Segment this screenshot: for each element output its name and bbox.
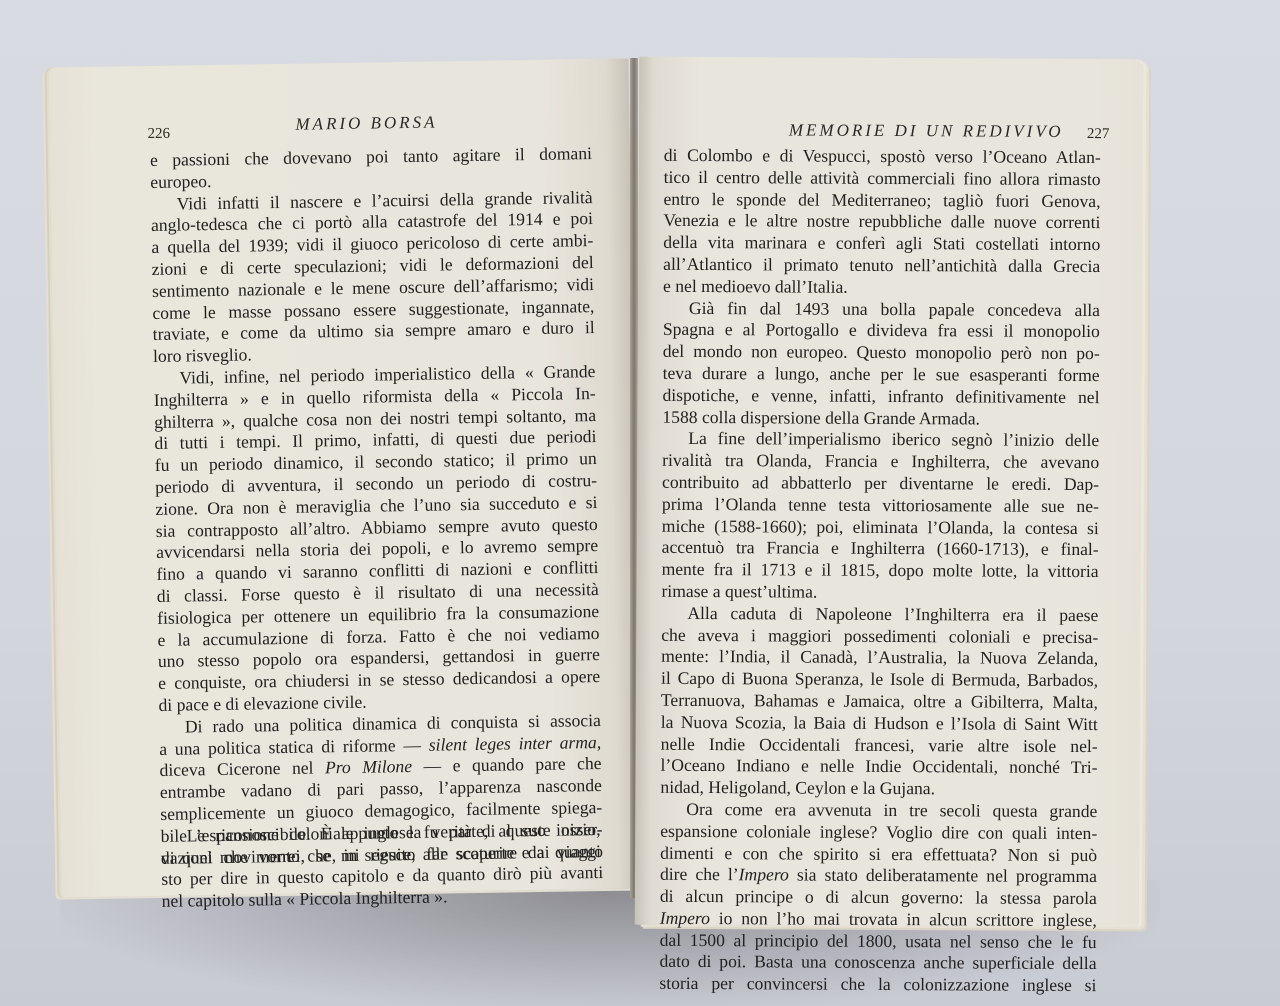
paragraph: di Colombo e di Vespucci, spostò verso l… [663,145,1101,300]
text-line: 1588 colla dispersione della Grande Arma… [662,406,1099,430]
text-line: contribuito ad abbatterlo per diventarne… [662,472,1099,496]
left-page-new-section: L’espansione coloniale inglese fu parte,… [160,819,601,869]
text-line: di Colombo e di Vespucci, spostò verso l… [664,145,1101,169]
paragraph: Ora come era avvenuta in tre secoli ques… [659,799,1097,997]
paragraph: e passioni che dovevano poi tanto agitar… [150,143,593,194]
text-line: storia per convincersi che la colonizzaz… [659,973,1096,997]
page-number-left: 226 [147,126,170,143]
text-line: rivalità tra Olanda, Francia e Inghilter… [662,450,1099,474]
text-line: mente fra il 1713 e il 1815, dopo molte … [662,559,1099,583]
section-break-mark: · [235,803,239,818]
text-line: dal 1500 al principio del 1800, usata ne… [660,929,1097,953]
paragraph: La fine dell’imperialismo iberico segnò … [661,428,1099,605]
text-line: teva durare a lungo, anche per le sue es… [663,363,1100,387]
text-line: nidad, Heligoland, Ceylon e la Gujana. [660,777,1097,801]
text-line: dato di poi. Basta una conoscenza anche … [659,951,1096,975]
text-line: La fine dell’imperialismo iberico segnò … [662,428,1099,452]
text-line: Già fin dal 1493 una bolla papale conced… [663,297,1100,321]
text-line: accentuò tra Francia e Inghilterra (1660… [662,537,1099,561]
paragraph: Già fin dal 1493 una bolla papale conced… [662,297,1100,430]
text-line: all’Atlantico il primato tenuto nell’ant… [663,254,1100,278]
text-line: l’Oceano Indiano e nelle Indie Occidenta… [661,755,1098,779]
text-line: nelle Indie Occidentali francesi, varie … [661,733,1098,757]
text-line: Ora come era avvenuta in tre secoli ques… [660,799,1097,823]
left-page: 226 MARIO BORSA e passioni che dovevano … [49,58,642,897]
text-line: Alla caduta di Napoleone l’Inghilterra e… [661,603,1098,627]
right-page-body: di Colombo e di Vespucci, spostò verso l… [659,145,1100,997]
text-line: rimase a quest’ultima. [661,581,1098,605]
paragraph: Di rado una politica dinamica di conquis… [159,710,604,913]
text-line: della vita marinara e conferì agli Stati… [663,232,1100,256]
text-line: di alcun principe o di alcun governo: la… [660,886,1097,910]
text-line: Terranuova, Bahamas e Jamaica, oltre a G… [661,690,1098,714]
text-line: tico il centro delle attività commercial… [664,167,1101,191]
running-head-title: MEMORIE DI UN REDIVIVO [789,120,1064,141]
paragraph: Vidi, infine, nel periodo imperialistico… [153,361,600,717]
text-line: Spagna e al Portogallo e divideva fra es… [663,319,1100,343]
text-line: che aveva i maggiori possedimenti coloni… [661,624,1098,648]
paragraph: Vidi infatti il nascere e l’acuirsi dell… [151,187,596,368]
text-line: Impero io non l’ho mai trovata in alcun … [660,908,1097,932]
page-number-right: 227 [1087,126,1110,143]
paragraph: L’espansione coloniale inglese fu parte,… [160,819,601,869]
running-head-author: MARIO BORSA [295,113,437,135]
right-page: MEMORIE DI UN REDIVIVO 227 di Colombo e … [635,57,1144,928]
text-line: mente: l’India, il Canadà, l’Australia, … [661,646,1098,670]
text-line: espansione coloniale inglese? Voglio dir… [660,821,1097,845]
text-line: e nel medioevo dall’Italia. [663,276,1100,300]
paragraph: Alla caduta di Napoleone l’Inghilterra e… [660,603,1098,801]
text-line: prima l’Olanda tenne testa vittoriosamen… [662,494,1099,518]
text-line: Venezia e le altre nostre repubbliche da… [663,210,1100,234]
text-line: dire che l’Impero sia stato deliberatame… [660,864,1097,888]
left-page-body: e passioni che dovevano poi tanto agitar… [150,143,604,913]
text-line: il Capo di Buona Speranza, le Isole di B… [661,668,1098,692]
text-line: la Nuova Scozia, la Baia di Hudson e l’I… [661,712,1098,736]
text-line: del mondo non europeo. Questo monopolio … [663,341,1100,365]
text-line: dimenti e con che spirito si era effettu… [660,842,1097,866]
text-line: miche (1588-1660); poi, eliminata l’Olan… [662,515,1099,539]
text-line: entro le sponde del Mediterraneo; tagliò… [663,188,1100,212]
text-line: dispotiche, e venne, infatti, infranto d… [662,385,1099,409]
